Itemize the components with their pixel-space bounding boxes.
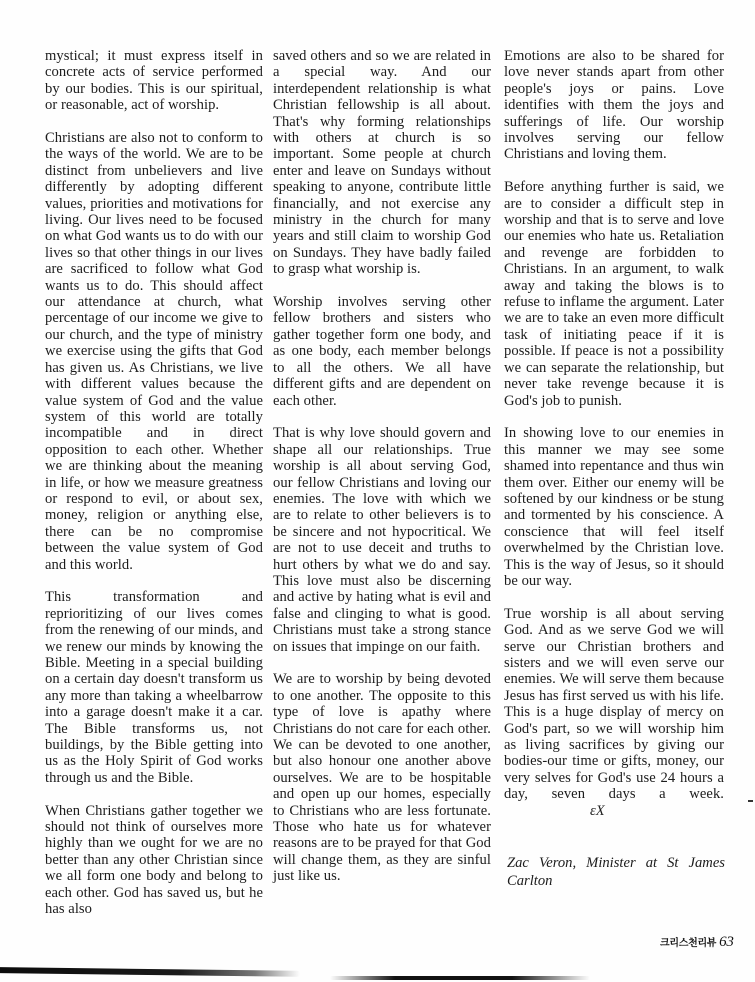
scan-edge-shadow bbox=[330, 976, 590, 980]
paragraph: Christians are also not to conform to th… bbox=[45, 130, 263, 573]
magazine-name: 크리스천리뷰 bbox=[660, 938, 716, 949]
paragraph-text: True worship is all about serving God. A… bbox=[504, 606, 724, 802]
page-number: 63 bbox=[719, 934, 733, 950]
paragraph: In showing love to our enemies in this m… bbox=[504, 425, 724, 589]
paragraph: We are to worship by being devoted to on… bbox=[273, 671, 491, 884]
paragraph: saved others and so we are related in a … bbox=[273, 48, 491, 278]
article-column-2: saved others and so we are related in a … bbox=[273, 48, 491, 901]
paragraph: mystical; it must express itself in conc… bbox=[45, 48, 263, 114]
author-byline: Zac Veron, Minister at St James Carlton bbox=[507, 855, 725, 890]
article-column-3: Emotions are also to be shared for love … bbox=[504, 48, 724, 835]
scan-speck bbox=[748, 800, 753, 802]
paragraph: Emotions are also to be shared for love … bbox=[504, 48, 724, 163]
paragraph: When Christians gather together we shoul… bbox=[45, 803, 263, 918]
paragraph: Worship involves serving other fellow br… bbox=[273, 294, 491, 409]
magazine-page: mystical; it must express itself in conc… bbox=[0, 0, 755, 982]
article-column-1: mystical; it must express itself in conc… bbox=[45, 48, 263, 934]
paragraph: That is why love should govern and shape… bbox=[273, 425, 491, 655]
end-of-article-mark: εX bbox=[590, 803, 605, 819]
paragraph: Before anything further is said, we are … bbox=[504, 179, 724, 409]
paragraph: This transformation and reprioritizing o… bbox=[45, 589, 263, 786]
page-footer: 크리스천리뷰63 bbox=[660, 934, 734, 951]
final-paragraph: True worship is all about serving God. A… bbox=[504, 606, 724, 819]
scan-edge-shadow bbox=[0, 967, 300, 977]
